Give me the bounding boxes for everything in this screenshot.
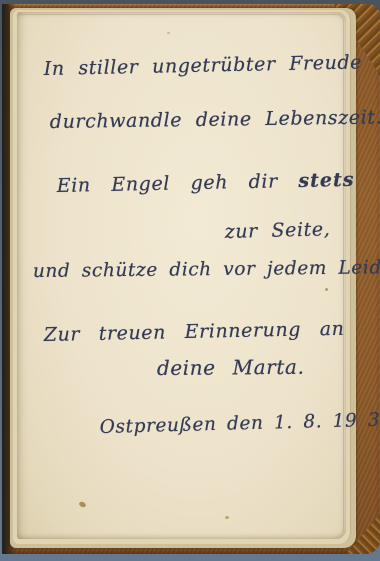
handwriting-line-verse-3: Ein Engel geh dir stets	[57, 169, 355, 197]
handwriting-line-place-date: Ostpreußen den 1. 8. 19 39.	[99, 409, 380, 438]
handwriting-line-verse-2: durchwandle deine Lebenszeit.	[50, 106, 380, 133]
handwriting-line-signature: deine Marta.	[157, 355, 305, 380]
paper-stain	[167, 32, 170, 34]
handwriting-line-verse-5: und schütze dich vor jedem Leid.	[33, 257, 380, 282]
handwriting-line-verse-4: zur Seite,	[224, 218, 330, 243]
paper-stain	[78, 501, 86, 508]
verse-3-start: Ein Engel geh dir	[57, 170, 278, 197]
photo-of-album-page: { "document": { "kind": "handwritten poe…	[0, 0, 380, 561]
paper-stain	[325, 288, 328, 291]
handwriting-line-verse-1: In stiller ungetrübter Freude	[44, 51, 363, 80]
album-page: In stiller ungetrübter Freude durchwandl…	[17, 12, 346, 539]
verse-3-emphasis: stets	[298, 169, 354, 192]
handwriting-line-dedication-1: Zur treuen Erinnerung an	[44, 318, 345, 346]
paper-stain	[225, 516, 229, 519]
